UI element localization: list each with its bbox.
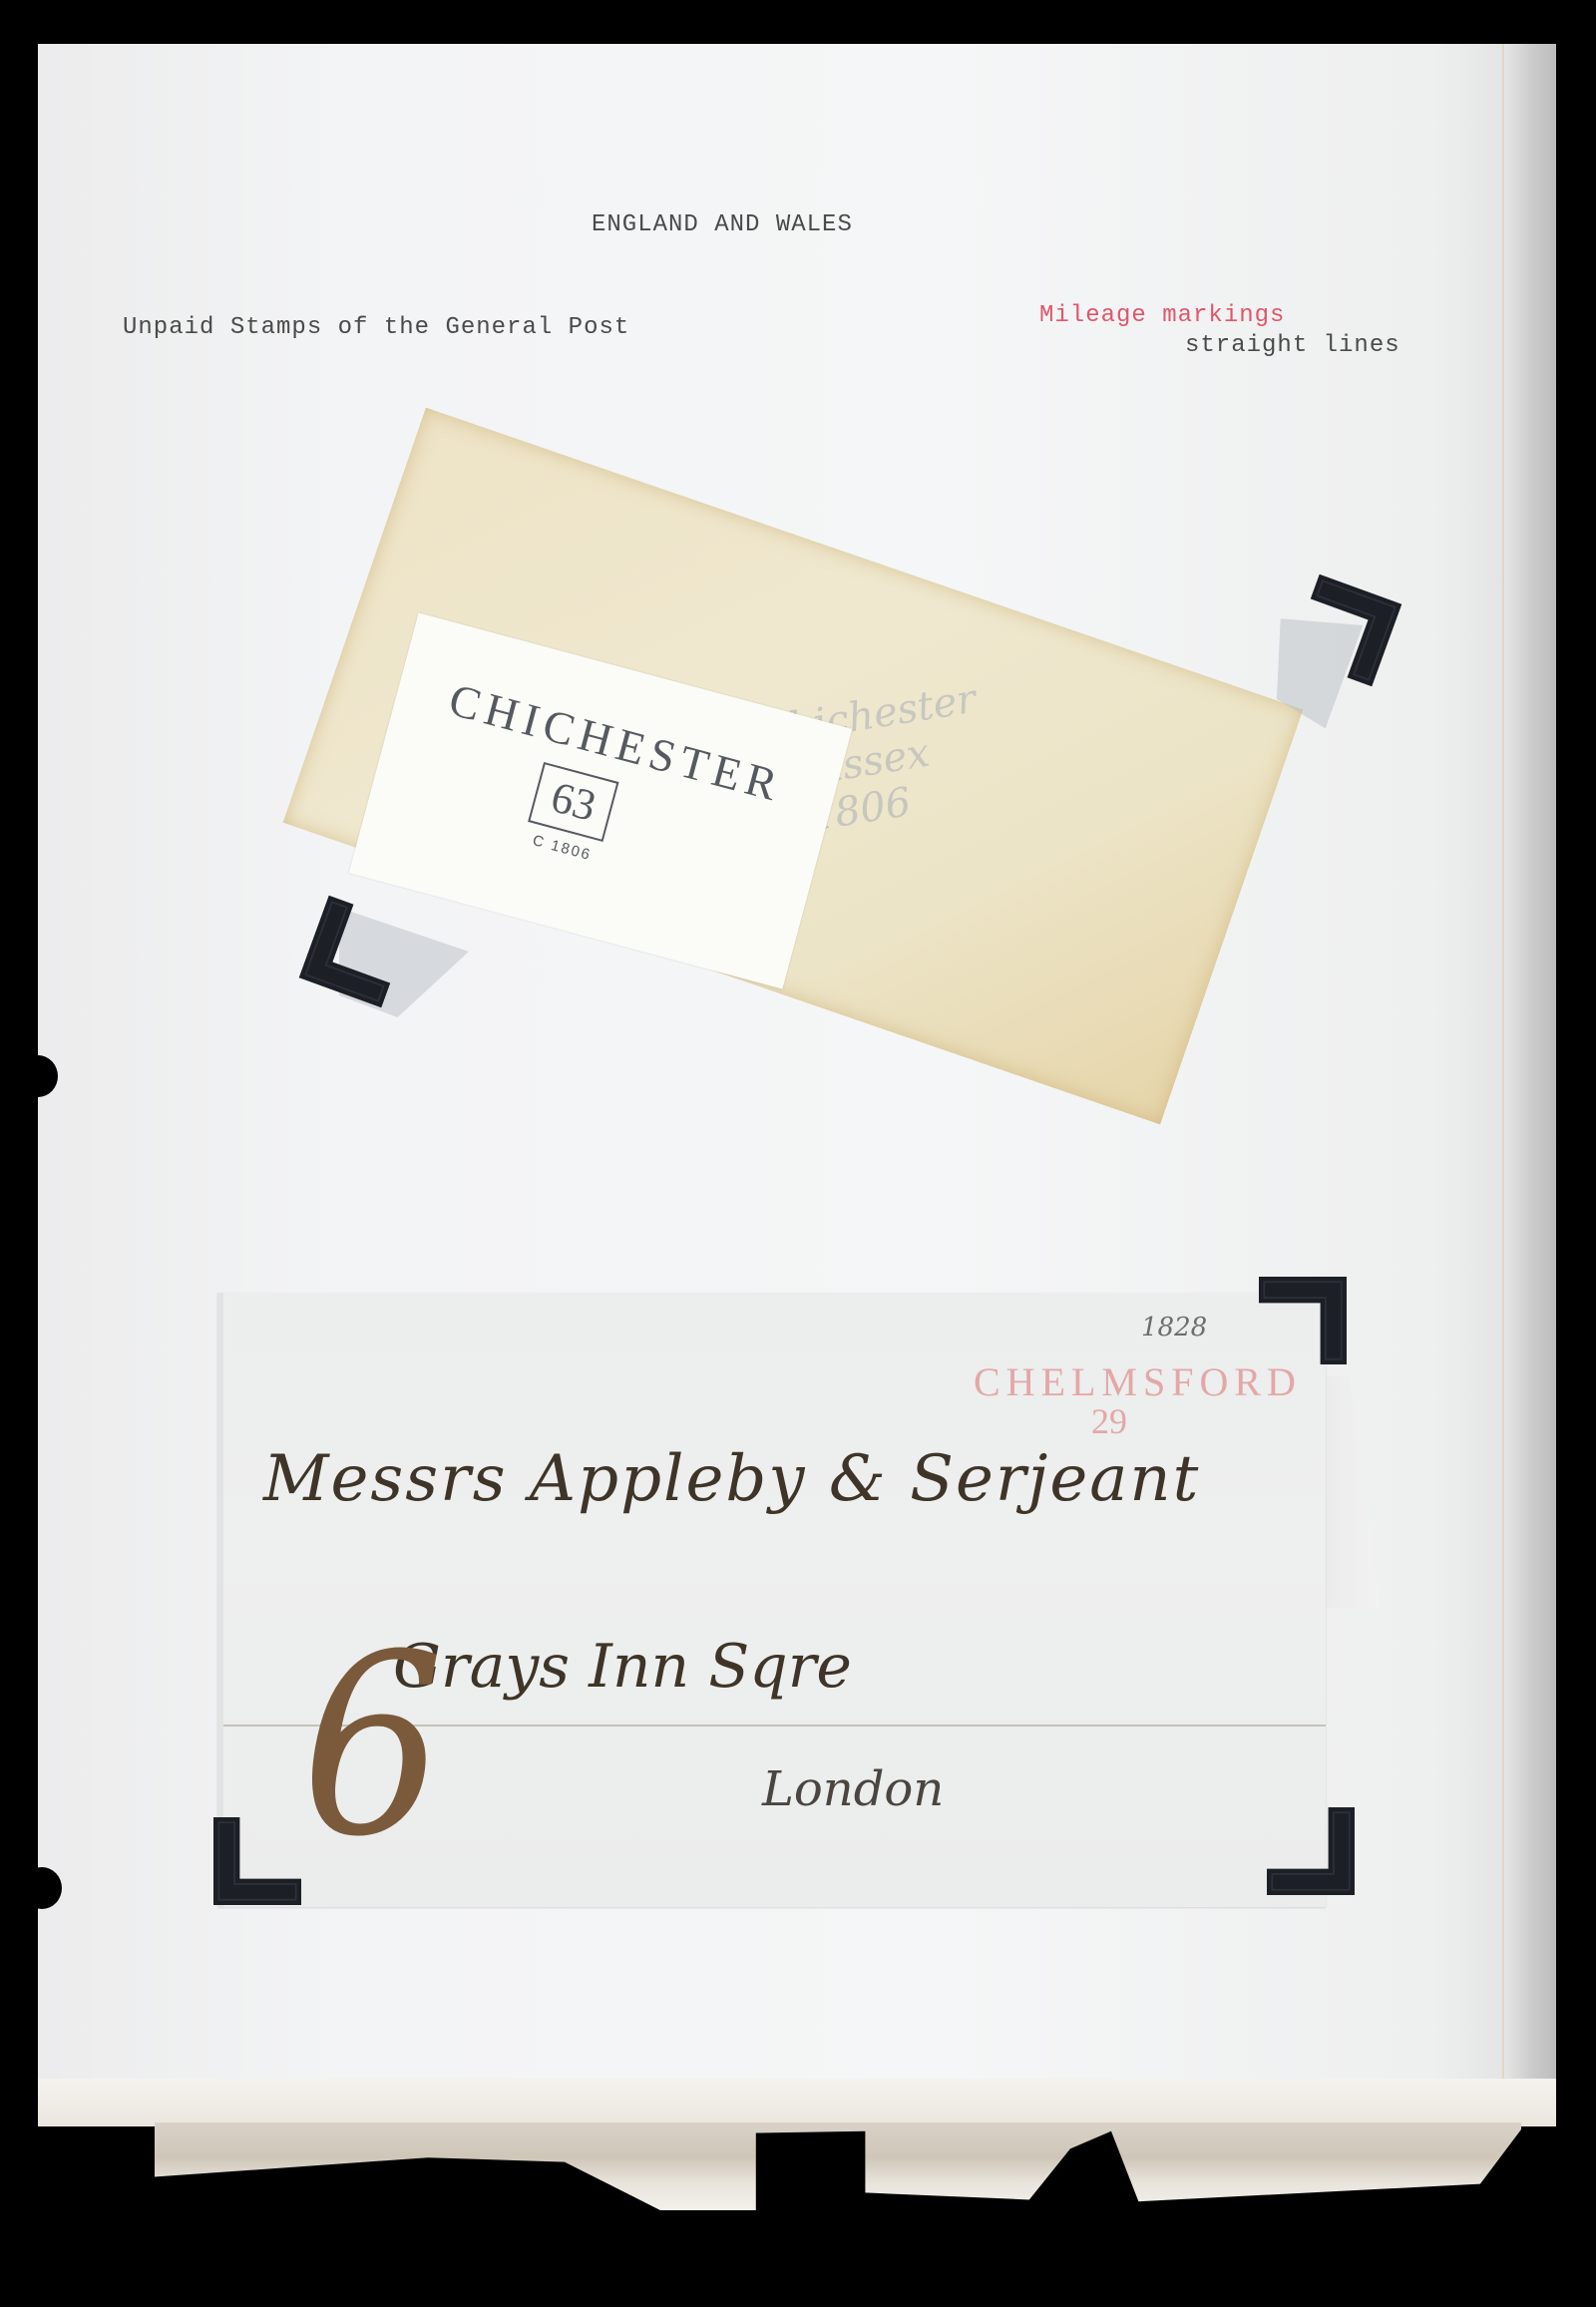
- address-line-1: Messrs Appleby & Serjeant: [263, 1442, 1200, 1516]
- address-line-3: London: [762, 1761, 944, 1817]
- address-line-2: Grays Inn Sqre: [393, 1632, 852, 1702]
- page-bottom-edge: [38, 2079, 1556, 2126]
- mileage-handstamp: 29: [1091, 1400, 1127, 1442]
- year-note: 1828: [1141, 1313, 1207, 1343]
- page-stack-edge: [1502, 44, 1556, 2079]
- postage-charge-mark: 6: [301, 1622, 444, 1871]
- punch-hole: [22, 1867, 62, 1909]
- label-mileage-box: 63: [528, 762, 618, 842]
- punch-hole: [18, 1055, 58, 1097]
- photo-corner-icon: [213, 1817, 301, 1905]
- cover-chelmsford[interactable]: 1828 CHELMSFORD 29 Messrs Appleby & Serj…: [217, 1293, 1326, 1907]
- category-heading: Mileage markings: [1039, 302, 1285, 329]
- section-subtitle: Unpaid Stamps of the General Post: [123, 314, 629, 341]
- page-title: ENGLAND AND WALES: [592, 211, 853, 238]
- town-handstamp: CHELMSFORD: [974, 1358, 1302, 1405]
- photo-corner-icon: [1259, 1277, 1347, 1364]
- photo-corner-icon: [1267, 1807, 1355, 1895]
- category-subheading: straight lines: [1185, 332, 1400, 359]
- torn-pages-below: [155, 2122, 1521, 2210]
